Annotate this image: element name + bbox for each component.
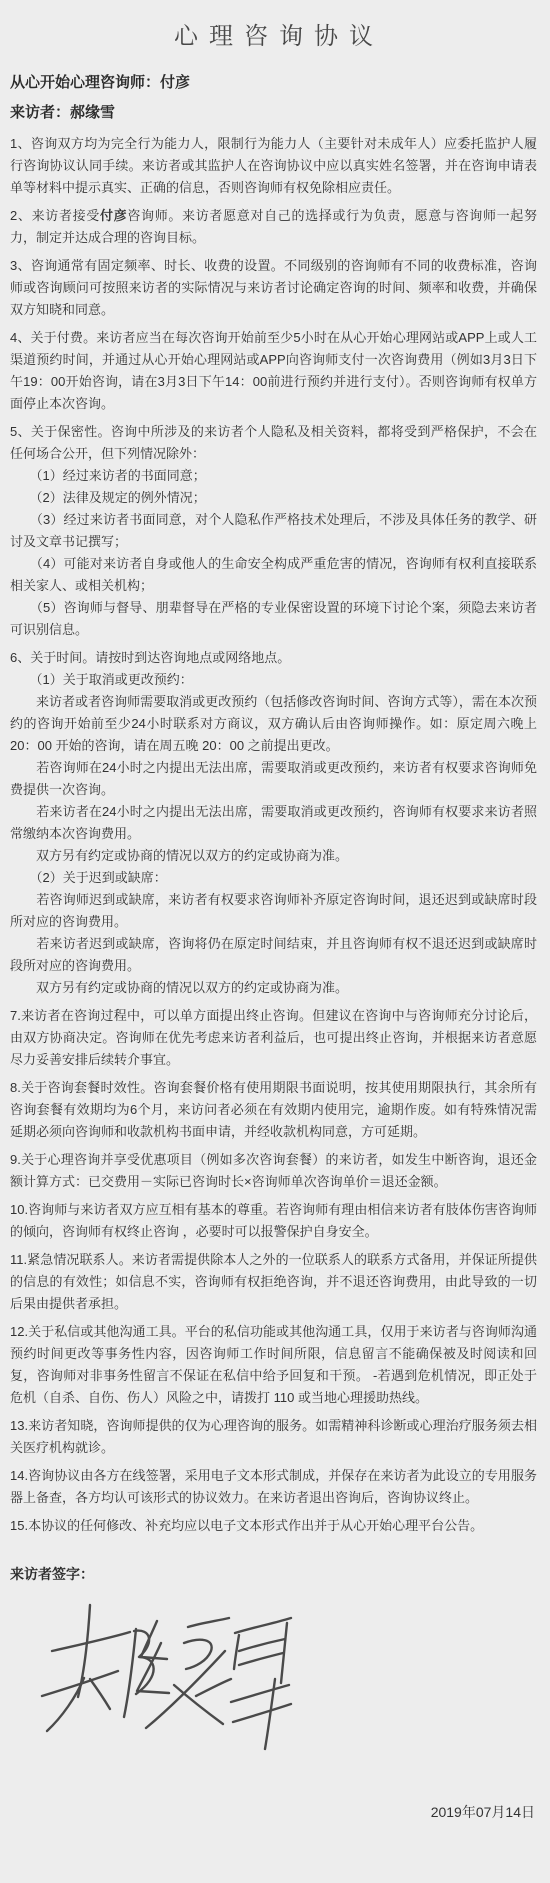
agreement-paragraph: 9.关于心理咨询并享受优惠项目（例如多次咨询套餐）的来访者，如发生中断咨询，退还… <box>10 1149 537 1193</box>
agreement-paragraph: 8.关于咨询套餐时效性。咨询套餐价格有使用期限书面说明，按其使用期限执行，其余所… <box>10 1077 537 1143</box>
agreement-header: 从心开始心理咨询师：付彦 来访者：郝缘雪 <box>10 73 537 123</box>
agreement-paragraph: 11.紧急情况联系人。来访者需提供除本人之外的一位联系人的联系方式备用，并保证所… <box>10 1249 537 1315</box>
agreement-paragraph: 5、关于保密性。咨询中所涉及的来访者个人隐私及相关资料，都将受到严格保护，不会在… <box>10 421 537 465</box>
agreement-paragraph: 14.咨询协议由各方在线签署，采用电子文本形式制成，并保存在来访者为此设立的专用… <box>10 1465 537 1509</box>
agreement-subitem: 若咨询师在24小时之内提出无法出席，需要取消或更改预约，来访者有权要求咨询师免费… <box>10 757 537 801</box>
agreement-subitem: 来访者或者咨询师需要取消或更改预约（包括修改咨询时间、咨询方式等），需在本次预约… <box>10 691 537 757</box>
agreement-subitem: （2）关于迟到或缺席： <box>10 867 537 889</box>
agreement-subitem: 双方另有约定或协商的情况以双方的约定或协商为准。 <box>10 845 537 867</box>
agreement-subitem: （1）经过来访者的书面同意； <box>10 465 537 487</box>
agreement-paragraph: 13.来访者知晓，咨询师提供的仅为心理咨询的服务。如需精神科诊断或心理治疗服务须… <box>10 1415 537 1459</box>
agreement-subitem: （2）法律及规定的例外情况； <box>10 487 537 509</box>
visitor-line: 来访者：郝缘雪 <box>10 103 537 123</box>
signature-label: 来访者签字： <box>10 1563 537 1585</box>
agreement-paragraph: 15.本协议的任何修改、补充均应以电子文本形式作出并于从心开始心理平台公告。 <box>10 1515 537 1537</box>
agreement-paragraph: 3、咨询通常有固定频率、时长、收费的设置。不同级别的咨询师有不同的收费标准，咨询… <box>10 255 537 321</box>
visitor-signature-handwriting <box>38 1599 300 1761</box>
agreement-subitem: （1）关于取消或更改预约： <box>10 669 537 691</box>
agreement-paragraph: 1、咨询双方均为完全行为能力人，限制行为能力人（主要针对未成年人）应委托监护人履… <box>10 133 537 199</box>
agreement-body: 1、咨询双方均为完全行为能力人，限制行为能力人（主要针对未成年人）应委托监护人履… <box>10 133 537 1537</box>
agreement-paragraph: 7.来访者在咨询过程中，可以单方面提出终止咨询。但建议在咨询中与咨询师充分讨论后… <box>10 1005 537 1071</box>
page-title: 心理咨询协议 <box>10 16 537 51</box>
agreement-paragraph: 6、关于时间。请按时到达咨询地点或网络地点。 <box>10 647 537 669</box>
agreement-paragraph: 4、关于付费。来访者应当在每次咨询开始前至少5小时在从心开始心理网站或APP上或… <box>10 327 537 415</box>
agreement-paragraph: 2、来访者接受付彦咨询师。来访者愿意对自己的选择或行为负责，愿意与咨询师一起努力… <box>10 205 537 249</box>
agreement-paragraph: 12.关于私信或其他沟通工具。平台的私信功能或其他沟通工具，仅用于来访者与咨询师… <box>10 1321 537 1409</box>
agreement-document: 心理咨询协议 从心开始心理咨询师：付彦 来访者：郝缘雪 1、咨询双方均为完全行为… <box>0 0 550 1883</box>
agreement-subitem: 若来访者在24小时之内提出无法出席，需要取消或更改预约，咨询师有权要求来访者照常… <box>10 801 537 845</box>
counselor-line: 从心开始心理咨询师：付彦 <box>10 73 537 93</box>
agreement-subitem: 双方另有约定或协商的情况以双方的约定或协商为准。 <box>10 977 537 999</box>
agreement-paragraph: 10.咨询师与来访者双方应互相有基本的尊重。若咨询师有理由相信来访者有肢体伤害咨… <box>10 1199 537 1243</box>
agreement-subitem: 若咨询师迟到或缺席，来访者有权要求咨询师补齐原定咨询时间，退还迟到或缺席时段所对… <box>10 889 537 933</box>
document-date: 2019年07月14日 <box>10 1801 535 1823</box>
agreement-subitem: 若来访者迟到或缺席，咨询将仍在原定时间结束，并且咨询师有权不退还迟到或缺席时段所… <box>10 933 537 977</box>
agreement-subitem: （3）经过来访者书面同意，对个人隐私作严格技术处理后，不涉及具体任务的教学、研讨… <box>10 509 537 553</box>
agreement-subitem: （5）咨询师与督导、朋辈督导在严格的专业保密设置的环境下讨论个案，须隐去来访者可… <box>10 597 537 641</box>
agreement-subitem: （4）可能对来访者自身或他人的生命安全构成严重危害的情况，咨询师有权利直接联系相… <box>10 553 537 597</box>
